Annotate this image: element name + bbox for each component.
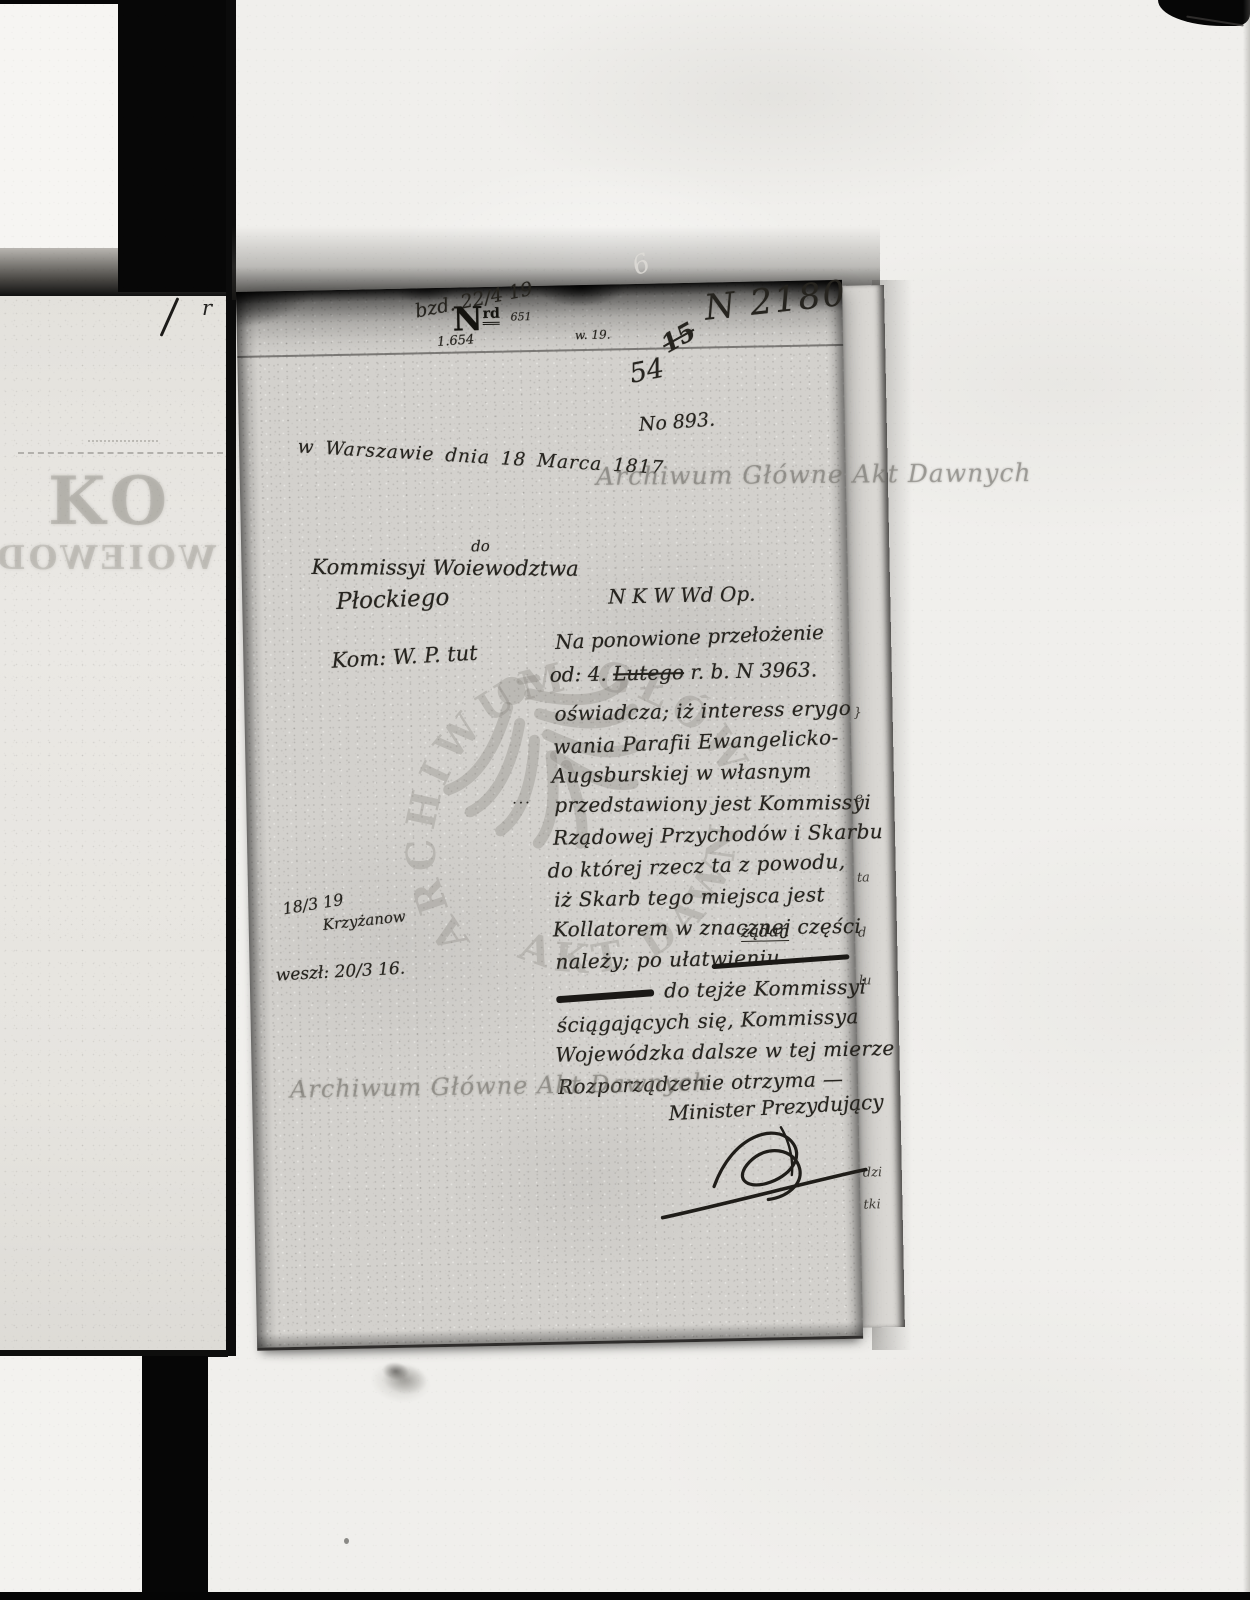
margin-received-note: weszł: 20/3 16. [275, 958, 405, 985]
adjacent-page: KO WOIEWOD r [0, 294, 228, 1356]
opening-line2-struck-word: Lutego [613, 660, 684, 685]
dateline: w Warszawie dnia 18 Marca 1817 [297, 436, 665, 478]
big-archive-number: N 2180 [703, 274, 849, 329]
document-number: No 893. [638, 408, 716, 435]
top-right-black-blob [1158, 0, 1250, 26]
dark-left-edge [236, 292, 277, 1348]
address-do: do [471, 537, 490, 555]
body-line: Kollatorem w znacznej części [553, 914, 862, 941]
signature-flourish [653, 1113, 875, 1237]
ink-dots: ... [512, 791, 532, 807]
crossed-number: 15 [656, 316, 701, 358]
decorative-rule [18, 452, 223, 454]
scan-right-edge-shade [1243, 0, 1250, 1600]
faint-mirrored-print: WOIEWOD [0, 538, 216, 577]
page-seam [226, 0, 236, 1356]
edge-text-fragment: } [853, 706, 862, 721]
letter-paper: ARCHIWUM GŁÓWNE AKT DAWNYCH [236, 280, 863, 1351]
ink-smudge [358, 1345, 443, 1413]
bottom-left-white-card [0, 1356, 142, 1592]
address-line2: Płockiego [336, 585, 450, 615]
document-page: } e ta d lu dzi tki ARCHIWUM GŁÓWNE [236, 279, 905, 1350]
salutation: N K W Wd Op. [608, 582, 756, 609]
register-number: 1.654 [437, 332, 475, 350]
speck [344, 1538, 349, 1544]
body-line: przedstawiony jest Kommissyi [554, 790, 871, 817]
opening-line2-post: r. b. N 3963. [690, 657, 817, 684]
body-line: należy; po ułatwieniu [555, 945, 780, 973]
faint-printed-title: KO [48, 462, 173, 540]
film-edge-bottom [0, 1592, 1250, 1600]
opening-line2-pre: od: 4. [550, 662, 608, 687]
edge-text-fragment: ta [857, 870, 870, 885]
top-left-black-bar [118, 0, 230, 292]
inserted-word-above: żądań [741, 921, 789, 942]
ink-letter-mark: r [202, 296, 212, 320]
margin-initials: Krzyżanow [322, 907, 407, 934]
paper-fold-line [237, 344, 843, 358]
register-suffix: w. 19. [575, 327, 611, 342]
body-line: do tejże Kommissyi [664, 974, 867, 1002]
dark-bottom-edge [257, 1322, 863, 1348]
scanned-archive-photograph: KO WOIEWOD r } e ta d lu dzi tki [0, 0, 1250, 1600]
top-left-white-card [0, 4, 118, 250]
opening-line2: od: 4. Lutego r. b. N 3963. [550, 657, 818, 686]
small-number: 651 [510, 310, 531, 323]
body-line: oświadcza; iż interess erygo [554, 696, 851, 726]
page-number: 54 [627, 353, 667, 390]
numero-stamp-sup: rd [483, 306, 501, 325]
address-line1: Kommissyi Woiewodztwa [312, 555, 579, 581]
decorative-rule-small [88, 440, 158, 442]
bottom-left-black-bar [142, 1356, 208, 1600]
